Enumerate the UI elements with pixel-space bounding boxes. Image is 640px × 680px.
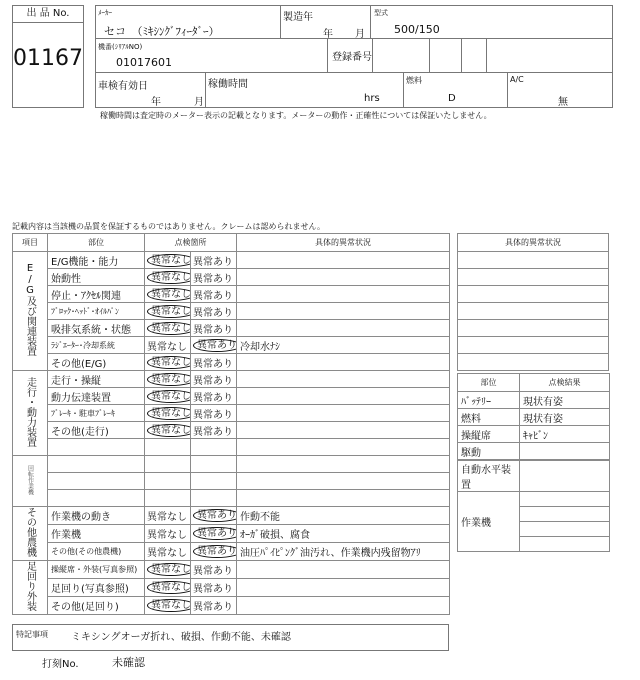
check-ng-cell[interactable]: 異常あり (191, 597, 237, 615)
table-row (13, 490, 450, 507)
option-ng[interactable]: 異常あり (193, 257, 233, 268)
part-cell: その他(E/G) (48, 354, 145, 371)
implement-value (520, 492, 610, 507)
right-detail-row (458, 354, 609, 371)
part-cell: ﾌﾞﾛｯｸ･ﾍｯﾄﾞ･ｵｲﾙﾊﾟﾝ (48, 303, 145, 320)
check-ng-cell[interactable]: 異常あり (191, 525, 237, 543)
table-row: ﾌﾞﾛｯｸ･ﾍｯﾄﾞ･ｵｲﾙﾊﾟﾝ異常なし異常あり (13, 303, 450, 320)
detail-cell (237, 269, 450, 286)
check-ng-cell[interactable] (191, 490, 237, 507)
table-row: 足回り外装操縦席・外装(写真参照)異常なし異常あり (13, 561, 450, 579)
part-cell: 始動性 (48, 269, 145, 286)
check-ok-cell[interactable]: 異常なし (145, 543, 191, 561)
table-row: 走行・動力装置走行・操縦異常なし異常あり (13, 371, 450, 388)
option-ok[interactable]: 異常なし (147, 288, 191, 301)
right-detail-row (458, 337, 609, 354)
check-ok-cell[interactable]: 異常なし (145, 597, 191, 615)
check-ng-cell[interactable]: 異常あり (191, 252, 237, 269)
part-cell: E/G機能・能力 (48, 252, 145, 269)
listing-number-label: 出 品 No. (13, 6, 83, 23)
part-cell: ﾗｼﾞｴｰﾀｰ･冷却系統 (48, 337, 145, 354)
fuel-value: D (448, 93, 456, 104)
detail-cell (237, 320, 450, 337)
model-value: 500/150 (394, 23, 440, 36)
category-cell: E/G及び関連装置 (13, 252, 48, 371)
right-detail-row (458, 269, 609, 286)
table-row (13, 439, 450, 456)
option-ok[interactable]: 異常なし (147, 356, 191, 369)
right-detail-table: 具体的異常状況 (457, 233, 609, 371)
category-label: 走行・動力装置 (23, 377, 38, 447)
check-ok-cell[interactable]: 異常なし (145, 252, 191, 269)
auto-level-label: 自動水平装置 (458, 461, 520, 492)
option-ng[interactable]: 異常あり (193, 308, 233, 319)
inspection-month: 月 (194, 93, 204, 108)
check-ok-cell[interactable]: 異常なし (145, 405, 191, 422)
maker-label: ﾒｰｶｰ (98, 8, 112, 18)
table-row (13, 473, 450, 490)
parts-battery: ﾊﾞｯﾃﾘｰ (458, 392, 520, 409)
option-ng[interactable]: 異常あり (193, 339, 237, 352)
implement-label: 作業機 (458, 492, 520, 552)
level-table: 自動水平装置 作業機 (457, 460, 610, 552)
registration-cell-1 (373, 39, 430, 72)
part-cell (48, 490, 145, 507)
check-ok-cell[interactable]: 異常なし (145, 371, 191, 388)
check-ok-cell[interactable]: 異常なし (145, 303, 191, 320)
check-ok-cell[interactable]: 異常なし (145, 286, 191, 303)
option-ok[interactable]: 異常なし (147, 581, 191, 594)
detail-cell (237, 439, 450, 456)
check-ng-cell[interactable]: 異常あり (191, 405, 237, 422)
option-ok[interactable]: 異常なし (147, 254, 191, 267)
option-ng[interactable]: 異常あり (193, 376, 233, 387)
registration-cell-2 (430, 39, 462, 72)
serial-value: 01017601 (116, 56, 172, 69)
inspection-cell: 車検有効日 年 月 (96, 73, 206, 107)
inspection-label: 車検有効日 (98, 77, 148, 92)
check-ng-cell[interactable]: 異常あり (191, 543, 237, 561)
detail-cell: 冷却水ﾅｼ (237, 337, 450, 354)
option-ok[interactable]: 異常なし (147, 512, 187, 523)
check-ng-cell[interactable]: 異常あり (191, 561, 237, 579)
category-label: 足回り外装 (23, 561, 38, 611)
option-ok[interactable]: 異常なし (147, 548, 187, 559)
check-ok-cell[interactable]: 異常なし (145, 579, 191, 597)
serial-label: 機番(ｼﾘｱﾙNO) (98, 42, 142, 52)
table-row: 吸排気系統・状態異常なし異常あり (13, 320, 450, 337)
disclaimer: 記載内容は当該機の品質を保証するものではありません。クレームは認められません。 (12, 221, 325, 232)
parts-drive-result (520, 443, 610, 460)
option-ng[interactable]: 異常あり (193, 427, 233, 438)
mfg-year-cell: 製造年 年 月 (281, 6, 371, 38)
detail-cell (237, 354, 450, 371)
option-ok[interactable]: 異常なし (147, 342, 187, 353)
check-ng-cell[interactable]: 異常あり (191, 320, 237, 337)
right-detail-row (458, 252, 609, 269)
parts-fuel-result: 現状有姿 (520, 409, 610, 426)
option-ng[interactable]: 異常あり (193, 291, 233, 302)
check-ok-cell[interactable]: 異常なし (145, 269, 191, 286)
hours-unit: hrs (364, 93, 380, 104)
mfg-year-year: 年 (323, 25, 333, 40)
right-detail-row (458, 303, 609, 320)
table-row: 停止・ｱｸｾﾙ関連異常なし異常あり (13, 286, 450, 303)
parts-fuel: 燃料 (458, 409, 520, 426)
option-ok[interactable]: 異常なし (147, 599, 191, 612)
remarks-box: 特記事項 ミキシングオーガ折れ、破損、作動不能、未確認 (12, 624, 449, 651)
parts-cab-result: ｷｬﾋﾞﾝ (520, 426, 610, 443)
table-row: 始動性異常なし異常あり (13, 269, 450, 286)
detail-cell (237, 456, 450, 473)
parts-drive: 駆動 (458, 443, 520, 460)
implement-value (520, 522, 610, 537)
table-row: その他(足回り)異常なし異常あり (13, 597, 450, 615)
check-ng-cell[interactable]: 異常あり (191, 579, 237, 597)
detail-cell (237, 286, 450, 303)
fuel-label: 燃料 (406, 75, 422, 86)
model-cell: 型式 500/150 (372, 6, 612, 38)
check-ok-cell[interactable]: 異常なし (145, 388, 191, 405)
part-cell: 停止・ｱｸｾﾙ関連 (48, 286, 145, 303)
category-label: 回転作業機 (26, 465, 35, 495)
part-cell: 動力伝達装置 (48, 388, 145, 405)
header-category: 項目 (13, 234, 48, 252)
ac-value: 無 (558, 93, 568, 108)
part-cell: 吸排気系統・状態 (48, 320, 145, 337)
check-ng-cell[interactable]: 異常あり (191, 286, 237, 303)
parts-header-result: 点検結果 (520, 374, 610, 392)
option-ng[interactable]: 異常あり (193, 410, 233, 421)
detail-cell (237, 597, 450, 615)
listing-number-value: 01167 (13, 46, 83, 71)
right-detail-header: 具体的異常状況 (458, 234, 609, 252)
mfg-year-label: 製造年 (283, 8, 313, 23)
category-cell: 回転作業機 (13, 456, 48, 507)
part-cell: その他(足回り) (48, 597, 145, 615)
option-ok[interactable]: 異常なし (147, 373, 191, 386)
category-label: E/G及び関連装置 (23, 263, 38, 356)
table-row: 動力伝達装置異常なし異常あり (13, 388, 450, 405)
category-cell: その他農機 (13, 507, 48, 561)
part-cell: その他(その他農機) (48, 543, 145, 561)
implement-value (520, 507, 610, 522)
check-ng-cell[interactable] (191, 439, 237, 456)
detail-cell (237, 579, 450, 597)
machine-info-box: ﾒｰｶｰ セコ （ﾐｷｼﾝｸﾞﾌｨｰﾀﾞｰ） 製造年 年 月 型式 500/15… (95, 5, 613, 108)
header-part: 部位 (48, 234, 145, 252)
check-ng-cell[interactable] (191, 456, 237, 473)
check-ok-cell[interactable]: 異常なし (145, 525, 191, 543)
part-cell: 走行・操縦 (48, 371, 145, 388)
table-row: ﾌﾞﾚｰｷ・駐車ﾌﾞﾚｰｷ異常なし異常あり (13, 405, 450, 422)
hours-cell: 稼働時間 hrs (206, 73, 404, 107)
category-cell: 足回り外装 (13, 561, 48, 615)
check-ok-cell[interactable]: 異常なし (145, 422, 191, 439)
detail-cell (237, 422, 450, 439)
inspection-year: 年 (151, 93, 161, 108)
stamp-value: 未確認 (112, 654, 145, 670)
inspection-table: 項目 部位 点検箇所 具体的異常状況 E/G及び関連装置E/G機能・能力異常なし… (12, 233, 450, 615)
serial-cell: 機番(ｼﾘｱﾙNO) 01017601 (96, 39, 328, 72)
ac-label: A/C (510, 75, 524, 84)
header-check: 点検箇所 (145, 234, 237, 252)
check-ok-cell[interactable] (145, 473, 191, 490)
part-cell: ﾌﾞﾚｰｷ・駐車ﾌﾞﾚｰｷ (48, 405, 145, 422)
part-cell: 操縦席・外装(写真参照) (48, 561, 145, 579)
detail-cell (237, 490, 450, 507)
part-cell: 足回り(写真参照) (48, 579, 145, 597)
right-detail-row (458, 320, 609, 337)
table-row: その他農機作業機の動き異常なし異常あり作動不能 (13, 507, 450, 525)
parts-battery-result: 現状有姿 (520, 392, 610, 409)
parts-header-part: 部位 (458, 374, 520, 392)
model-label: 型式 (374, 8, 388, 18)
option-ok[interactable]: 異常なし (147, 305, 191, 318)
option-ok[interactable]: 異常なし (147, 563, 191, 576)
registration-label: 登録番号 (332, 48, 372, 63)
part-cell: 作業機 (48, 525, 145, 543)
part-cell: その他(走行) (48, 422, 145, 439)
option-ok[interactable]: 異常なし (147, 271, 191, 284)
part-cell: 作業機の動き (48, 507, 145, 525)
check-ng-cell[interactable]: 異常あり (191, 269, 237, 286)
detail-cell (237, 561, 450, 579)
detail-cell: ｵｰｶﾞ破損、腐食 (237, 525, 450, 543)
table-row: その他(その他農機)異常なし異常あり油圧ﾊﾟｲﾋﾟﾝｸﾞ油汚れ、作業機内残留物ｱ… (13, 543, 450, 561)
registration-label-cell: 登録番号 (328, 39, 373, 72)
ac-cell: A/C 無 (508, 73, 612, 107)
maker-value: セコ （ﾐｷｼﾝｸﾞﾌｨｰﾀﾞｰ） (104, 23, 220, 39)
check-ng-cell[interactable]: 異常あり (191, 422, 237, 439)
option-ok[interactable]: 異常なし (147, 424, 191, 437)
implement-value (520, 537, 610, 552)
check-ng-cell[interactable]: 異常あり (191, 507, 237, 525)
check-ng-cell[interactable]: 異常あり (191, 354, 237, 371)
right-detail-row (458, 286, 609, 303)
part-cell (48, 439, 145, 456)
detail-cell (237, 252, 450, 269)
table-row: その他(E/G)異常なし異常あり (13, 354, 450, 371)
registration-cell-3 (462, 39, 487, 72)
remarks-label: 特記事項 (16, 629, 48, 640)
header-detail: 具体的異常状況 (237, 234, 450, 252)
mfg-year-month: 月 (355, 25, 365, 40)
category-cell: 走行・動力装置 (13, 371, 48, 456)
parts-cab: 操縦席 (458, 426, 520, 443)
option-ng[interactable]: 異常あり (193, 527, 237, 540)
maker-cell: ﾒｰｶｰ セコ （ﾐｷｼﾝｸﾞﾌｨｰﾀﾞｰ） (96, 6, 281, 38)
check-ng-cell[interactable]: 異常あり (191, 371, 237, 388)
stamp-label: 打刻No. (42, 655, 79, 670)
part-cell (48, 473, 145, 490)
table-row: その他(走行)異常なし異常あり (13, 422, 450, 439)
check-ok-cell[interactable] (145, 456, 191, 473)
option-ng[interactable]: 異常あり (193, 325, 233, 336)
check-ng-cell[interactable]: 異常あり (191, 337, 237, 354)
option-ok[interactable]: 異常なし (147, 390, 191, 403)
auto-level-value (520, 461, 610, 492)
option-ng[interactable]: 異常あり (193, 509, 237, 522)
table-row: 作業機異常なし異常ありｵｰｶﾞ破損、腐食 (13, 525, 450, 543)
table-header-row: 項目 部位 点検箇所 具体的異常状況 (13, 234, 450, 252)
check-ng-cell[interactable] (191, 473, 237, 490)
info-row-3: 車検有効日 年 月 稼働時間 hrs 燃料 D A/C 無 (96, 73, 612, 107)
listing-number-box: 出 品 No. 01167 (12, 5, 84, 108)
option-ok[interactable]: 異常なし (147, 530, 187, 541)
table-row: 足回り(写真参照)異常なし異常あり (13, 579, 450, 597)
check-ok-cell[interactable]: 異常なし (145, 320, 191, 337)
info-row-2: 機番(ｼﾘｱﾙNO) 01017601 登録番号 (96, 39, 612, 73)
check-ok-cell[interactable]: 異常なし (145, 507, 191, 525)
option-ng[interactable]: 異常あり (193, 545, 237, 558)
detail-cell: 作動不能 (237, 507, 450, 525)
fuel-cell: 燃料 D (404, 73, 508, 107)
option-ng[interactable]: 異常あり (193, 393, 233, 404)
check-ng-cell[interactable]: 異常あり (191, 303, 237, 320)
option-ng[interactable]: 異常あり (193, 566, 233, 577)
part-cell (48, 456, 145, 473)
check-ok-cell[interactable] (145, 439, 191, 456)
hours-label: 稼働時間 (208, 75, 248, 90)
option-ng[interactable]: 異常あり (193, 584, 233, 595)
remarks-value: ミキシングオーガ折れ、破損、作動不能、未確認 (71, 628, 291, 643)
info-row-1: ﾒｰｶｰ セコ （ﾐｷｼﾝｸﾞﾌｨｰﾀﾞｰ） 製造年 年 月 型式 500/15… (96, 6, 612, 39)
detail-cell: 油圧ﾊﾟｲﾋﾟﾝｸﾞ油汚れ、作業機内残留物ｱﾘ (237, 543, 450, 561)
category-label: その他農機 (23, 507, 38, 557)
check-ok-cell[interactable]: 異常なし (145, 337, 191, 354)
detail-cell (237, 388, 450, 405)
check-ok-cell[interactable]: 異常なし (145, 561, 191, 579)
detail-cell (237, 371, 450, 388)
hours-notice: 稼働時間は査定時のメーター表示の記載となります。メーターの動作・正確性については… (100, 110, 492, 121)
option-ng[interactable]: 異常あり (193, 602, 233, 613)
table-row: E/G及び関連装置E/G機能・能力異常なし異常あり (13, 252, 450, 269)
table-row: 回転作業機 (13, 456, 450, 473)
option-ok[interactable]: 異常なし (147, 407, 191, 420)
check-ng-cell[interactable]: 異常あり (191, 388, 237, 405)
parts-table: 部位 点検結果 ﾊﾞｯﾃﾘｰ現状有姿 燃料現状有姿 操縦席ｷｬﾋﾞﾝ 駆動 (457, 373, 610, 460)
detail-cell (237, 405, 450, 422)
table-row: ﾗｼﾞｴｰﾀｰ･冷却系統異常なし異常あり冷却水ﾅｼ (13, 337, 450, 354)
option-ng[interactable]: 異常あり (193, 359, 233, 370)
check-ok-cell[interactable] (145, 490, 191, 507)
option-ng[interactable]: 異常あり (193, 274, 233, 285)
check-ok-cell[interactable]: 異常なし (145, 354, 191, 371)
detail-cell (237, 303, 450, 320)
detail-cell (237, 473, 450, 490)
option-ok[interactable]: 異常なし (147, 322, 191, 335)
